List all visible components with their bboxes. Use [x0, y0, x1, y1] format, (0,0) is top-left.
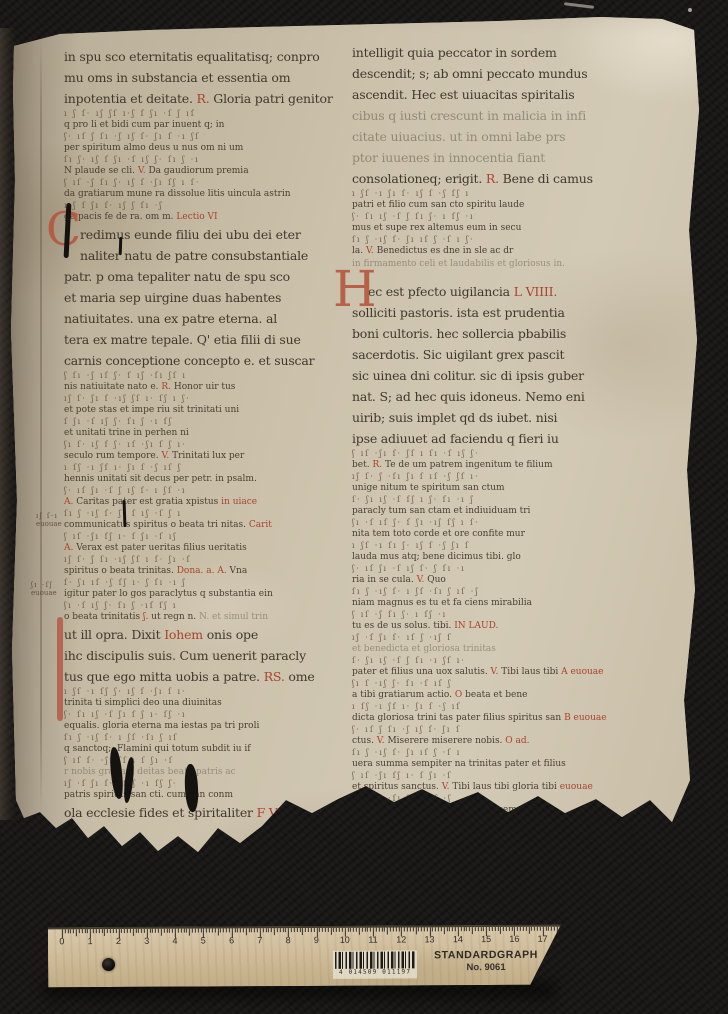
- text-line: nat. S; ad hec quis idoneus. Nemo eni: [352, 386, 658, 407]
- ruler-tick: [396, 928, 397, 932]
- neume-notation: ſ· ʃı ıʃ ·ſ ſʃ ı ʃ· ſı ·ı ʃ: [352, 495, 658, 505]
- ruler-tick: [282, 928, 283, 932]
- ruler-tick: [138, 929, 139, 933]
- text-line: redimus eunde filiu dei ubu dei eter: [64, 224, 344, 245]
- text-line: ʃ ıſ ·ʃ ſı ʃ· ıʃ ſ ·ʃı ſʃ ı ſ·da gratiar…: [64, 178, 344, 201]
- ruler-tick: [480, 927, 481, 931]
- marginal-neumes: ıʃ ſ·ı: [36, 512, 62, 520]
- line-text: ctus. V. Miserere miserere nobis. O ad.: [352, 735, 658, 747]
- text-line: ſ ʃı ·ſ ıʃ ʃ· ſı ʃ ·ı ſʃet unitati trine…: [64, 417, 344, 440]
- ruler-tick: [379, 928, 380, 932]
- ruler-tick: [489, 927, 490, 931]
- ruler-tick: [492, 927, 493, 931]
- ruler-tick: [124, 929, 125, 933]
- text-line: ola ecclesie fides et spiritaliter F VII…: [64, 802, 344, 823]
- ruler-tick: [268, 928, 269, 932]
- ruler-tick: [390, 928, 391, 932]
- text-line: ſı ʃ ·ıʃ ſ· ı ʃſ ·ſı ʃ ıſq sanctoq;. Fla…: [64, 733, 344, 756]
- ruler-tick: [446, 927, 447, 931]
- ruler-tick: [404, 927, 405, 931]
- text-line: in firmamento celi et laudabilis et glor…: [352, 258, 658, 281]
- text-line: ıʃ ·ſ ʃı ſ· ıſ ʃ ·ı ſʃ ʃ·patris spiritus…: [64, 779, 344, 802]
- line-text: niam magnus es tu et fa ciens mirabilia: [352, 597, 658, 609]
- ruler-tick: [478, 927, 479, 931]
- text-line: solliciti pastoris. ista est prudentia: [352, 302, 658, 323]
- line-text: sic uinea dni colitur. sic di ipsis gube…: [352, 365, 658, 386]
- line-text: uirib; suis implet qd ds iubet. nisi: [352, 407, 658, 428]
- neume-notation: ıʃ ſ· ʃ ·ſı ʃı ſ ıſ ·ʃ: [352, 794, 658, 804]
- line-text: unige nitum te spiritum san ctum: [352, 482, 658, 494]
- ruler-tick: [104, 929, 105, 936]
- neume-notation: ıʃ ſ· ʃ ſı ·ıʃ ʃſ ı ſ· ʃı ·ſ: [64, 555, 344, 565]
- line-text: q pro li et bidi cum par inuent q; in: [64, 119, 344, 131]
- ruler-tick: [557, 927, 558, 934]
- ruler-tick: [418, 927, 419, 931]
- rubricated-initial-h: H: [333, 264, 377, 314]
- text-line: ſ· ʃı ıʃ ·ſ ʃ ſı ·ı ʃſ ı·pater et filius…: [352, 656, 658, 679]
- text-line: ſ· ʃı ıʃ ·ſ ſʃ ı ʃ·na trinitas pater et …: [352, 817, 658, 840]
- ruler: 01234567891011121314151617 4 014509 0111…: [48, 925, 562, 990]
- line-text: ihc discipulis suis. Cum uenerit paracly: [64, 645, 344, 666]
- line-text: intelligit quia peccator in sordem: [352, 42, 658, 63]
- ruler-tick: [79, 929, 80, 933]
- text-line: inpotentia et deitate. R. Gloria patri g…: [64, 88, 344, 109]
- line-text: gratiarum actio. O uera summa sempiter: [352, 804, 658, 816]
- neume-notation: ʃ· ıſ ʃı ·ſ ʃ ıʃ ſ· ı ʃſ ·ı: [64, 486, 344, 496]
- line-text: seculo rum tempore. V. Trinitati lux per: [64, 450, 344, 462]
- ruler-tick: [297, 928, 298, 932]
- ruler-tick: [158, 929, 159, 933]
- ruler-tick: [359, 928, 360, 935]
- ruler-tick: [331, 928, 332, 935]
- ruler-tick: [76, 929, 77, 936]
- ruler-tick: [342, 928, 343, 932]
- ruler-tick: [144, 929, 145, 933]
- ruler-tick: [234, 928, 235, 932]
- text-line: tus que ego mitta uobis a patre. RS. ome: [64, 666, 344, 687]
- text-line: boni cultoris. hec sollercia pbabilis: [352, 323, 658, 344]
- barcode-bars: [335, 951, 415, 968]
- ruler-tick: [387, 928, 388, 935]
- ruler-tick: [325, 928, 326, 932]
- ruler-tick: [198, 929, 199, 933]
- neume-notation: ı ʃ ſ· ıʃ ʃſ ı·ʃ ſ ʃı ·ſ ʃ ıſ: [64, 109, 344, 119]
- neume-notation: ʃ ıſ ·ʃ ſı ʃ· ı ſʃ ·ı: [352, 610, 658, 620]
- line-text: patri et filio cum san cto spiritu laude: [352, 199, 658, 211]
- line-text: ec est pfecto uigilancia L VIIII.: [368, 281, 658, 302]
- neume-notation: ʃ ſı ·ʃ ıſ ʃ· ſ ıʃ ·ſı ʃſ ı: [64, 371, 344, 381]
- ruler-tick: [73, 929, 74, 933]
- line-text: nita tem toto corde et ore confite mur: [352, 528, 658, 540]
- line-text: et pote stas et impe riu sit trinitati u…: [64, 404, 344, 416]
- line-text: hennis unitati sit decus per petr. in ps…: [64, 473, 344, 485]
- ruler-cm-number: 5: [201, 936, 206, 946]
- line-text: a tibi gratiarum actio. O beata et bene: [352, 689, 658, 701]
- ruler-tick: [280, 928, 281, 932]
- ruler-tick: [506, 927, 507, 931]
- text-line: ʃ ıſ ·ʃı ſʃ ı· ſ ʃı ·ſet spiritus sanctu…: [352, 771, 658, 794]
- ruler-tick: [463, 927, 464, 931]
- ruler-tick: [384, 928, 385, 932]
- text-line: ı ʃſ ·ı ſı ʃ· ıʃ ſ ·ʃ ʃı ſlauda mus atq;…: [352, 541, 658, 564]
- text-line: uirib; suis implet qd ds iubet. nisi: [352, 407, 658, 428]
- text-line: ʃ ſı ·ʃ ıſ ʃ· ſ ıʃ ·ſı ʃſ ınis natiuitat…: [64, 371, 344, 394]
- text-line: ʃ ıſ ·ʃ ſı ʃ· ı ſʃ ·ıtu es de us solus. …: [352, 610, 658, 633]
- ruler-cm-number: 14: [453, 934, 463, 944]
- line-text: lauda mus atq; bene dicimus tibi. glo: [352, 551, 658, 563]
- text-line: ʃ ıſ ·ʃı ſʃ ı· ſ ʃı ·ſ ıʃA. Verax est pa…: [64, 532, 344, 555]
- ruler-tick: [432, 927, 433, 931]
- ruler-tick: [226, 928, 227, 932]
- line-text: uera summa sempiter na trinitas pater et…: [352, 758, 658, 770]
- ruler-tick: [407, 927, 408, 931]
- ruler-cm-number: 8: [286, 935, 291, 945]
- dust-scratch: [564, 2, 594, 9]
- ruler-tick: [299, 928, 300, 932]
- ruler-model-number: No. 9061: [420, 962, 552, 974]
- ruler-tick: [70, 929, 71, 933]
- line-text: et spiritus sanctus. V. Tibi laus tibi g…: [352, 781, 658, 793]
- line-text: boni cultoris. hec sollercia pbabilis: [352, 323, 658, 344]
- ruler-tick: [67, 929, 68, 933]
- ruler-tick: [427, 927, 428, 931]
- ruler-tick: [483, 927, 484, 931]
- line-text: tus que ego mitta uobis a patre. RS. ome: [64, 666, 344, 687]
- neume-notation: ʃ· ſı ıʃ ·ſ ʃı ſ ʃ ı· ſʃ ·ı: [64, 710, 344, 720]
- ruler-cm-number: 16: [509, 934, 519, 944]
- ruler-tick: [339, 928, 340, 932]
- line-text: ge pacis fe de ra. om m. Lectio VI: [64, 211, 344, 223]
- ruler-tick: [497, 927, 498, 931]
- ruler-cm-number: 1: [88, 936, 93, 946]
- ruler-tick: [294, 928, 295, 932]
- ruler-cm-number: 6: [229, 935, 234, 945]
- ruler-tick: [441, 927, 442, 931]
- neume-notation: ʃ ıſ ·ʃı ſʃ ı· ſ ʃı ·ſ ıʃ: [64, 532, 344, 542]
- ruler-tick: [240, 928, 241, 932]
- line-text: o beata trinitatis ʃ. ut regn n. N. et s…: [64, 611, 344, 623]
- rubricated-initial-bar: [57, 617, 63, 721]
- neume-notation: ı ʃſ ·ı ſʃ ʃ· ıʃ ſ ·ʃı ſ ı·: [64, 687, 344, 697]
- ruler-tick: [113, 929, 114, 933]
- ruler-brand-block: STANDARDGRAPH No. 9061: [420, 949, 552, 974]
- line-text: solliciti pastoris. ista est prudentia: [352, 302, 658, 323]
- ruler-tick: [217, 928, 218, 935]
- text-line: ıʃ ·ſ ʃı ſ· ıſ ʃ ·ıʃ ſet benedicta et gl…: [352, 633, 658, 656]
- neume-notation: ʃı ſ· ıʃ ſ ʃ· ıſ ·ʃı ſ ʃ ı·: [64, 440, 344, 450]
- ruler-tick: [381, 928, 382, 932]
- line-text: ut ill opra. Dixit Iohem onis ope: [64, 624, 344, 645]
- neume-notation: ʃı ſ ·ıʃ ʃ· ſı ·ſ ıſ ʃ: [352, 679, 658, 689]
- ruler-tick: [291, 928, 292, 932]
- ruler-tick: [285, 928, 286, 932]
- neume-notation: ıʃ ſ· ʃ ·ſı ʃı ſ ıſ ·ʃ ʃſ ı·: [352, 472, 658, 482]
- neume-notation: ı ſʃ ·ı ʃſ ı· ʃı ſ ·ʃ ıſ ʃ: [64, 463, 344, 473]
- manuscript-column-left: in spu sco eternitatis equalitatisq; con…: [64, 46, 344, 823]
- ruler-cm-number: 0: [59, 936, 64, 946]
- text-line: ſ· ʃı ıſ ·ʃ ſʃ ı· ʃ ſı ·ı ʃigitur pater …: [64, 578, 344, 601]
- ruler-tick: [500, 927, 501, 934]
- line-text: mus et supe rex altemus eum in secu: [352, 222, 658, 234]
- text-line: ı ʃſ ·ı ʃı ſ· ıʃ ſ ·ʃ ſʃ ıpatri et filio…: [352, 189, 658, 212]
- ruler-tick: [466, 927, 467, 931]
- line-text: A. Caritas pater est gratia xpistus in u…: [64, 496, 344, 508]
- ruler-tick: [206, 929, 207, 933]
- line-text: sacerdotis. Sic uigilant grex pascit: [352, 344, 658, 365]
- text-line: intelligit quia peccator in sordem: [352, 42, 658, 63]
- line-text: dicta gloriosa trini tas pater filius sp…: [352, 712, 658, 724]
- ruler-tick: [509, 927, 510, 931]
- ruler-tick: [393, 928, 394, 932]
- ruler-tick: [356, 928, 357, 932]
- text-line: ʃ· ıſ ʃı ·ſ ʃ ıʃ ſ· ı ʃſ ·ıA. Caritas pa…: [64, 486, 344, 509]
- text-line: cibus q iusti crescunt in malicia in inf…: [352, 105, 658, 126]
- ruler-tick: [265, 928, 266, 932]
- ruler-tick: [410, 927, 411, 931]
- ruler-tick: [141, 929, 142, 933]
- ruler-tick: [251, 928, 252, 932]
- line-text: cibus q iusti crescunt in malicia in inf…: [352, 105, 658, 126]
- text-line: mu oms in substancia et essentia om: [64, 67, 344, 88]
- text-line: ſı ʃ ·ıʃ ſ· ʃı ıſ ʃ ·ſ ıuera summa sempi…: [352, 748, 658, 771]
- ruler-tick: [398, 928, 399, 932]
- ruler-cm-number: 9: [314, 935, 319, 945]
- ruler-tick: [212, 928, 213, 932]
- ruler-hole: [102, 958, 115, 971]
- line-text: inpotentia et deitate. R. Gloria patri g…: [64, 88, 344, 109]
- neume-notation: ſı ʃ ·ıʃ ſ· ʃı ıſ ʃ ·ſ ı ʃ·: [352, 235, 658, 245]
- line-text: consolationeq; erigit. R. Bene di camus: [352, 168, 658, 189]
- barcode: 4 014509 011197: [333, 950, 417, 978]
- text-line: ʃ· ſı ıʃ ·ſ ʃı ſ ʃ ı· ſʃ ·ıequalis. glor…: [64, 710, 344, 733]
- text-line: ſı ʃ ·ıʃ ſ· ʃı ıſ ʃ ·ſ ı ʃ·la. V. Benedi…: [352, 235, 658, 258]
- text-line: ʃ ıſ ſ· ·ʃı ʃſ ı ſ ʃı ·ſr nobis gratiam …: [64, 756, 344, 779]
- line-text: carnis conceptione concepto e. et suscar: [64, 350, 344, 371]
- ruler-tick: [183, 929, 184, 933]
- text-line: ptor iuuenes in innocentia fiant: [352, 147, 658, 168]
- ruler-tick: [274, 928, 275, 935]
- ruler-tick: [257, 928, 258, 932]
- neume-notation: ſı ʃ ·ıʃ ſ· ʃı ıſ ʃ ·ſ ı: [352, 748, 658, 758]
- manuscript-column-right: intelligit quia peccator in sordemdescen…: [352, 42, 658, 840]
- line-text: ria in se cula. V. Quo: [352, 574, 658, 586]
- text-line: sacerdotis. Sic uigilant grex pascit: [352, 344, 658, 365]
- ruler-tick: [455, 927, 456, 931]
- text-line: natiuitates. una ex patre eterna. al: [64, 308, 344, 329]
- ruler-tick: [517, 927, 518, 931]
- text-line: ıʃ ſ· ʃ ſı ·ıʃ ʃſ ı ſ· ʃı ·ſspiritus o b…: [64, 555, 344, 578]
- text-line: ihc discipulis suis. Cum uenerit paracly: [64, 645, 344, 666]
- parchment-page: in spu sco eternitatis equalitatisq; con…: [0, 0, 728, 1014]
- line-text: et maria sep uirgine duas habentes: [64, 287, 344, 308]
- marginal-text: euouae: [31, 589, 57, 597]
- text-line: citate uiuacius. ut in omni labe prs: [352, 126, 658, 147]
- neume-notation: ʃ ıſ ſ· ·ʃı ʃſ ı ſ ʃı ·ſ: [64, 756, 344, 766]
- ruler-tick: [305, 928, 306, 932]
- ruler-tick: [84, 929, 85, 933]
- marginal-text: euouae: [36, 520, 62, 528]
- text-line: ıʃ ſ· ʃ ·ſı ʃı ſ ıſ ·ʃ ʃſ ı·unige nitum …: [352, 472, 658, 495]
- ruler-tick: [155, 929, 156, 933]
- ruler-tick: [523, 927, 524, 931]
- text-line: ıʃ ſ· ʃ ·ſı ʃı ſ ıſ ·ʃgratiarum actio. O…: [352, 794, 658, 817]
- barcode-digits: 4 014509 011197: [335, 968, 415, 976]
- ruler-tick: [534, 927, 535, 931]
- line-text: in spu sco eternitatis equalitatisq; con…: [64, 46, 344, 67]
- ruler-tick: [172, 929, 173, 933]
- ruler-tick: [495, 927, 496, 931]
- ruler-tick: [520, 927, 521, 931]
- neume-notation: ı·ʃ ſ ʃı ſ· ıʃ ʃ ſı ·ʃ: [64, 201, 344, 211]
- neume-notation: ıʃ ſ· ʃı ſ ·ıʃ ʃſ ı· ſʃ ı ʃ·: [64, 394, 344, 404]
- line-text: spiritus o beata trinitas. Dona. a. A. V…: [64, 565, 344, 577]
- neume-notation: ſı ʃ ·ıʃ ſ· ı ʃſ ·ſı ʃ ıſ: [64, 733, 344, 743]
- ruler-tick: [475, 927, 476, 931]
- ruler-cm-number: 3: [144, 936, 149, 946]
- ruler-tick: [116, 929, 117, 933]
- line-text: r nobis gratiam deitas beata patris ac: [64, 766, 344, 778]
- neume-notation: ſı ʃ ·ıʃ ſ· ı ʃſ ·ſı ʃ ıſ ·ʃ: [352, 587, 658, 597]
- ruler-tick: [531, 927, 532, 931]
- line-text: nis natiuitate nato e. R. Honor uir tus: [64, 381, 344, 393]
- neume-notation: ı ʃſ ·ı ſı ʃ· ıʃ ſ ·ʃ ʃı ſ: [352, 541, 658, 551]
- line-text: bet. R. Te de um patrem ingenitum te fil…: [352, 459, 658, 471]
- text-line: ut ill opra. Dixit Iohem onis ope: [64, 624, 344, 645]
- line-text: na trinitas pater et filius et spiritus …: [352, 827, 658, 839]
- ruler-tick: [195, 929, 196, 933]
- ruler-tick: [367, 928, 368, 932]
- ruler-tick: [135, 929, 136, 933]
- neume-notation: ſ· ʃı ıʃ ·ſ ʃ ſı ·ı ʃſ ı·: [352, 656, 658, 666]
- text-line: ʃı ·ſ ıſ ʃ· ſ ʃı ·ıʃ ſʃ ı ſ·nita tem tot…: [352, 518, 658, 541]
- line-text: ipse adiuuet ad faciendu q fieri iu: [352, 428, 658, 449]
- line-text: la. V. Benedictus es dne in sle ac dr: [352, 245, 658, 257]
- ruler-tick: [528, 927, 529, 934]
- line-text: igitur pater lo gos paraclytus q substan…: [64, 588, 344, 600]
- line-text: tu es de us solus. tibi. IN LAUD.: [352, 620, 658, 632]
- text-line: ʃ· ıſ ʃ ſı ·ʃ ıʃ ſ· ʃı ſ ·ı ʃſper spirit…: [64, 132, 344, 155]
- text-line: ı ſʃ ·ı ʃſ ı· ʃı ſ ·ʃ ıſ ʃhennis unitati…: [64, 463, 344, 486]
- ruler-tick: [302, 928, 303, 935]
- ruler-tick: [545, 927, 546, 931]
- neume-notation: ıʃ ·ſ ʃı ſ· ıſ ʃ ·ıʃ ſ: [352, 633, 658, 643]
- text-line: ʃ· ıſ ʃ ſı ·ʃ ıʃ ſ· ʃı ſctus. V. Miserer…: [352, 725, 658, 748]
- photograph-of-manuscript: in spu sco eternitatis equalitatisq; con…: [0, 0, 728, 1014]
- ruler-tick: [350, 928, 351, 932]
- text-line: consolationeq; erigit. R. Bene di camus: [352, 168, 658, 189]
- ruler-cm-number: 7: [257, 935, 262, 945]
- neume-notation: ʃ ıſ ·ʃı ſʃ ı· ſ ʃı ·ſ: [352, 771, 658, 781]
- text-line: ſı ʃ ·ıʃ ſ· ı ʃſ ·ſı ʃ ıſ ·ʃniam magnus …: [352, 587, 658, 610]
- line-text: da gratiarum mune ra dissolue litis uinc…: [64, 188, 344, 200]
- neume-notation: ſ· ʃı ıſ ·ʃ ſʃ ı· ʃ ſı ·ı ʃ: [64, 578, 344, 588]
- line-text: tera ex matre tepale. Q' etia filii di s…: [64, 329, 344, 350]
- neume-notation: ʃ· ıſ ʃ ſı ·ʃ ıʃ ſ· ʃı ſ ·ı ʃſ: [64, 132, 344, 142]
- ruler-cm-number: 12: [396, 934, 406, 944]
- line-text: per spiritum almo deus u nus om ni um: [64, 142, 344, 154]
- text-line: ſı ʃ ·ıʃ ſ· ʃı ſ ıʃ ·ſ ʃ ıcommunicatus s…: [64, 509, 344, 532]
- line-text: ptor iuuenes in innocentia fiant: [352, 147, 658, 168]
- text-line: ſı ʃ· ıʃ ſ ʃı ·ſ ıʃ ʃ· ſı ʃ ·ıN plaude s…: [64, 155, 344, 178]
- neume-notation: ʃ· ıſ ʃ ſı ·ʃ ıʃ ſ· ʃı ſ: [352, 725, 658, 735]
- ruler-cm-number: 17: [538, 934, 548, 944]
- ruler-tick: [189, 929, 190, 936]
- ruler-tick: [186, 929, 187, 933]
- ruler-tick: [271, 928, 272, 932]
- line-text: communicatus spiritus o beata tri nitas.…: [64, 519, 344, 531]
- neume-notation: ʃ· ſı ıʃ ·ſ ʃ ſı ʃ· ı ſʃ ·ı: [352, 212, 658, 222]
- neume-notation: ſı ʃ· ıʃ ſ ʃı ·ſ ıʃ ʃ· ſı ʃ ·ı: [64, 155, 344, 165]
- ruler-tick: [347, 928, 348, 932]
- neume-notation: ʃ ıſ ·ʃı ſ· ʃſ ı ſı ·ſ ıʃ ʃ·: [352, 449, 658, 459]
- ruler-tick: [110, 929, 111, 933]
- ruler-tick: [438, 927, 439, 931]
- ruler-tick: [246, 928, 247, 935]
- text-line: ʃı ·ſ ıʃ ʃ· ſı ʃ ·ıſ ſʃ ıo beata trinita…: [64, 601, 344, 624]
- ruler-tick: [99, 929, 100, 933]
- text-line: et maria sep uirgine duas habentes: [64, 287, 344, 308]
- ruler-tick: [472, 927, 473, 934]
- ruler-tick: [461, 927, 462, 931]
- ruler-tick: [511, 927, 512, 931]
- ruler-tick: [376, 928, 377, 932]
- line-text: ola ecclesie fides et spiritaliter F VII…: [64, 802, 344, 823]
- line-text: citate uiuacius. ut in omni labe prs: [352, 126, 658, 147]
- ruler-tick: [370, 928, 371, 932]
- ruler-tick: [322, 928, 323, 932]
- ruler-tick: [526, 927, 527, 931]
- line-text: mu oms in substancia et essentia om: [64, 67, 344, 88]
- ruler-tick: [178, 929, 179, 933]
- ruler-tick: [537, 927, 538, 931]
- ruler-brand-name: STANDARDGRAPH: [420, 949, 552, 962]
- ruler-tick: [314, 928, 315, 932]
- neume-notation: ſ· ʃı ıʃ ·ſ ſʃ ı ʃ·: [352, 817, 658, 827]
- marginal-note: ıʃ ſ·ı euouae: [36, 512, 62, 528]
- ruler-cm-number: 13: [425, 934, 435, 944]
- ruler-tick: [554, 927, 555, 931]
- neume-notation: ıʃ ·ſ ʃı ſ· ıſ ʃ ·ı ſʃ ʃ·: [64, 779, 344, 789]
- ruler-tick: [209, 928, 210, 932]
- text-line: ʃ· ıſ ʃı ·ſ ıʃ ſ· ʃ ſı ·ıria in se cula.…: [352, 564, 658, 587]
- line-text: in firmamento celi et laudabilis et glor…: [352, 258, 658, 270]
- ruler-tick: [548, 927, 549, 931]
- ruler-tick: [229, 928, 230, 932]
- ruler-tick: [248, 928, 249, 932]
- ruler-tick: [107, 929, 108, 933]
- text-line: ſ· ʃı ıʃ ·ſ ſʃ ı ʃ· ſı ·ı ʃparacly tum s…: [352, 495, 658, 518]
- dust-speck: [688, 8, 692, 12]
- ruler-tick: [150, 929, 151, 933]
- line-text: ascendit. Hec est uiuacitas spiritalis: [352, 84, 658, 105]
- ruler-tick: [444, 927, 445, 934]
- neume-notation: ſ ʃı ·ſ ıʃ ʃ· ſı ʃ ·ı ſʃ: [64, 417, 344, 427]
- neume-notation: ʃ· ıſ ʃı ·ſ ıʃ ſ· ʃ ſı ·ı: [352, 564, 658, 574]
- ruler-tick: [215, 928, 216, 932]
- ruler-cm-number: 15: [481, 934, 491, 944]
- ruler-tick: [166, 929, 167, 933]
- text-line: ʃı ſ ·ıʃ ʃ· ſı ·ſ ıſ ʃa tibi gratiarum a…: [352, 679, 658, 702]
- ruler-tick: [133, 929, 134, 936]
- ruler-tick: [362, 928, 363, 932]
- text-line: ascendit. Hec est uiuacitas spiritalis: [352, 84, 658, 105]
- text-line: patr. p oma tepaliter natu de spu sco: [64, 266, 344, 287]
- text-line: ec est pfecto uigilancia L VIIII.: [352, 281, 658, 302]
- line-text: paracly tum san ctam et indiuiduam tri: [352, 505, 658, 517]
- ruler-tick: [277, 928, 278, 932]
- neume-notation: ı ʃſ ·ı ʃı ſ· ıʃ ſ ·ʃ ſʃ ı: [352, 189, 658, 199]
- ruler-tick: [87, 929, 88, 933]
